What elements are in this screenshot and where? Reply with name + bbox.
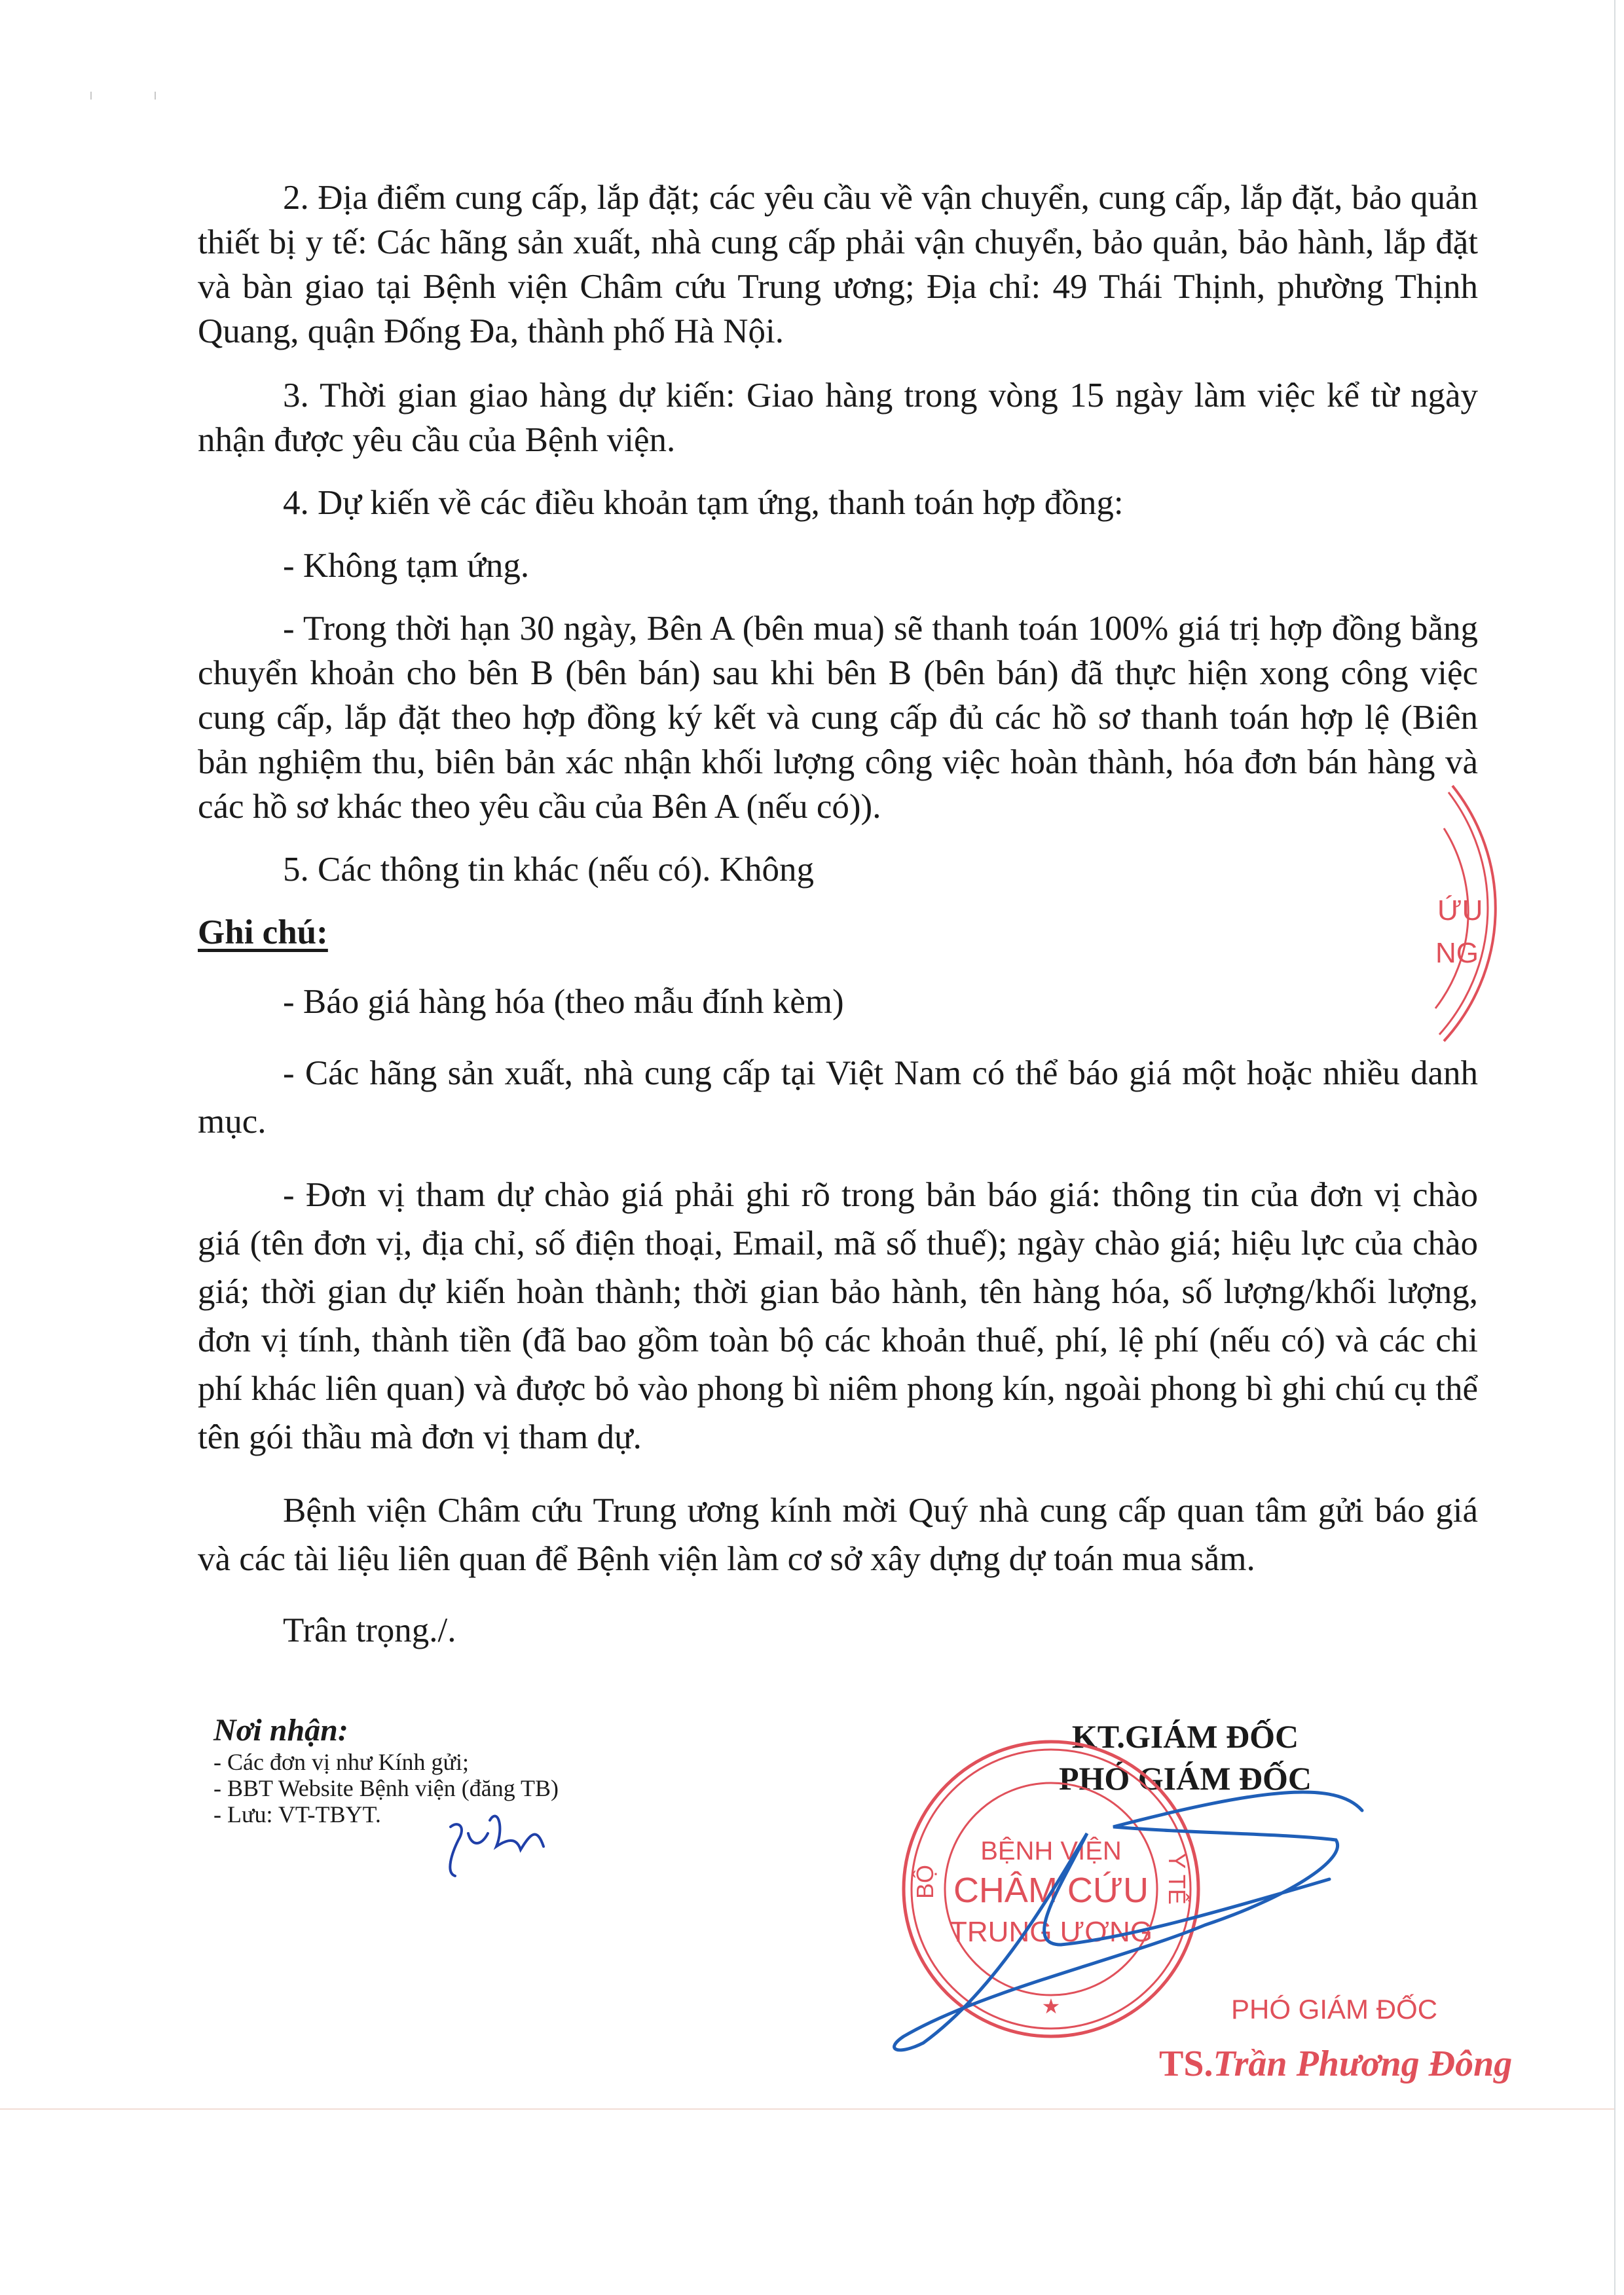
seal-text-top: BỆNH VIỆN [980, 1836, 1122, 1865]
section-5-other-info: 5. Các thông tin khác (nếu có). Không [198, 847, 1478, 892]
signer-name-text: Trần Phương Đông [1213, 2044, 1513, 2084]
seal-ring-text-left: BỘ [912, 1865, 938, 1899]
section-4-payment-terms: 4. Dự kiến về các điều khoản tạm ứng, th… [198, 481, 1478, 525]
seal-text-middle: CHÂM CỨU [953, 1871, 1149, 1910]
recipient-item: - Các đơn vị như Kính gửi; [213, 1749, 559, 1775]
signature-position: PHÓ GIÁM ĐỐC [956, 1757, 1414, 1799]
closing-paragraph: Bệnh viện Châm cứu Trung ương kính mời Q… [198, 1486, 1478, 1583]
scan-edge-horizontal [0, 2108, 1614, 2110]
section-2-delivery-location: 2. Địa điểm cung cấp, lắp đặt; các yêu c… [198, 175, 1478, 354]
scan-artifact [90, 92, 92, 100]
signature-block: KT.GIÁM ĐỐC PHÓ GIÁM ĐỐC [956, 1716, 1414, 1799]
document-body: 2. Địa điểm cung cấp, lắp đặt; các yêu c… [198, 175, 1478, 1653]
section-4-payment-detail: - Trong thời hạn 30 ngày, Bên A (bên mua… [198, 606, 1478, 829]
section-3-delivery-time: 3. Thời gian giao hàng dự kiến: Giao hàn… [198, 373, 1478, 462]
section-4-no-advance: - Không tạm ứng. [198, 543, 1478, 588]
scan-artifact [155, 92, 156, 100]
notes-heading: Ghi chú: [198, 910, 1478, 955]
signature-authority: KT.GIÁM ĐỐC [956, 1716, 1414, 1757]
recipient-item: - Lưu: VT-TBYT. [213, 1801, 559, 1827]
document-page: 2. Địa điểm cung cấp, lắp đặt; các yêu c… [0, 0, 1624, 2295]
scan-edge-vertical [1614, 0, 1615, 2295]
signer-name: TS.Trần Phương Đông [1159, 2043, 1512, 2085]
recipient-item: - BBT Website Bệnh viện (đăng TB) [213, 1775, 559, 1801]
recipients-title: Nơi nhận: [213, 1712, 559, 1749]
signer-title: PHÓ GIÁM ĐỐC [1231, 1994, 1437, 2025]
recipients-block: Nơi nhận: - Các đơn vị như Kính gửi; - B… [213, 1712, 559, 1827]
seal-star-icon: ★ [1042, 1994, 1061, 2018]
seal-text-bottom: TRUNG ƯƠNG [950, 1916, 1153, 1948]
note-item: - Đơn vị tham dự chào giá phải ghi rõ tr… [198, 1171, 1478, 1461]
seal-ring-text-right: Y TẾ [1164, 1853, 1190, 1905]
note-item: - Các hãng sản xuất, nhà cung cấp tại Vi… [198, 1049, 1478, 1146]
note-item: - Báo giá hàng hóa (theo mẫu đính kèm) [198, 980, 1478, 1024]
regards: Trân trọng./. [198, 1608, 1478, 1653]
signer-name-prefix: TS. [1159, 2044, 1213, 2084]
